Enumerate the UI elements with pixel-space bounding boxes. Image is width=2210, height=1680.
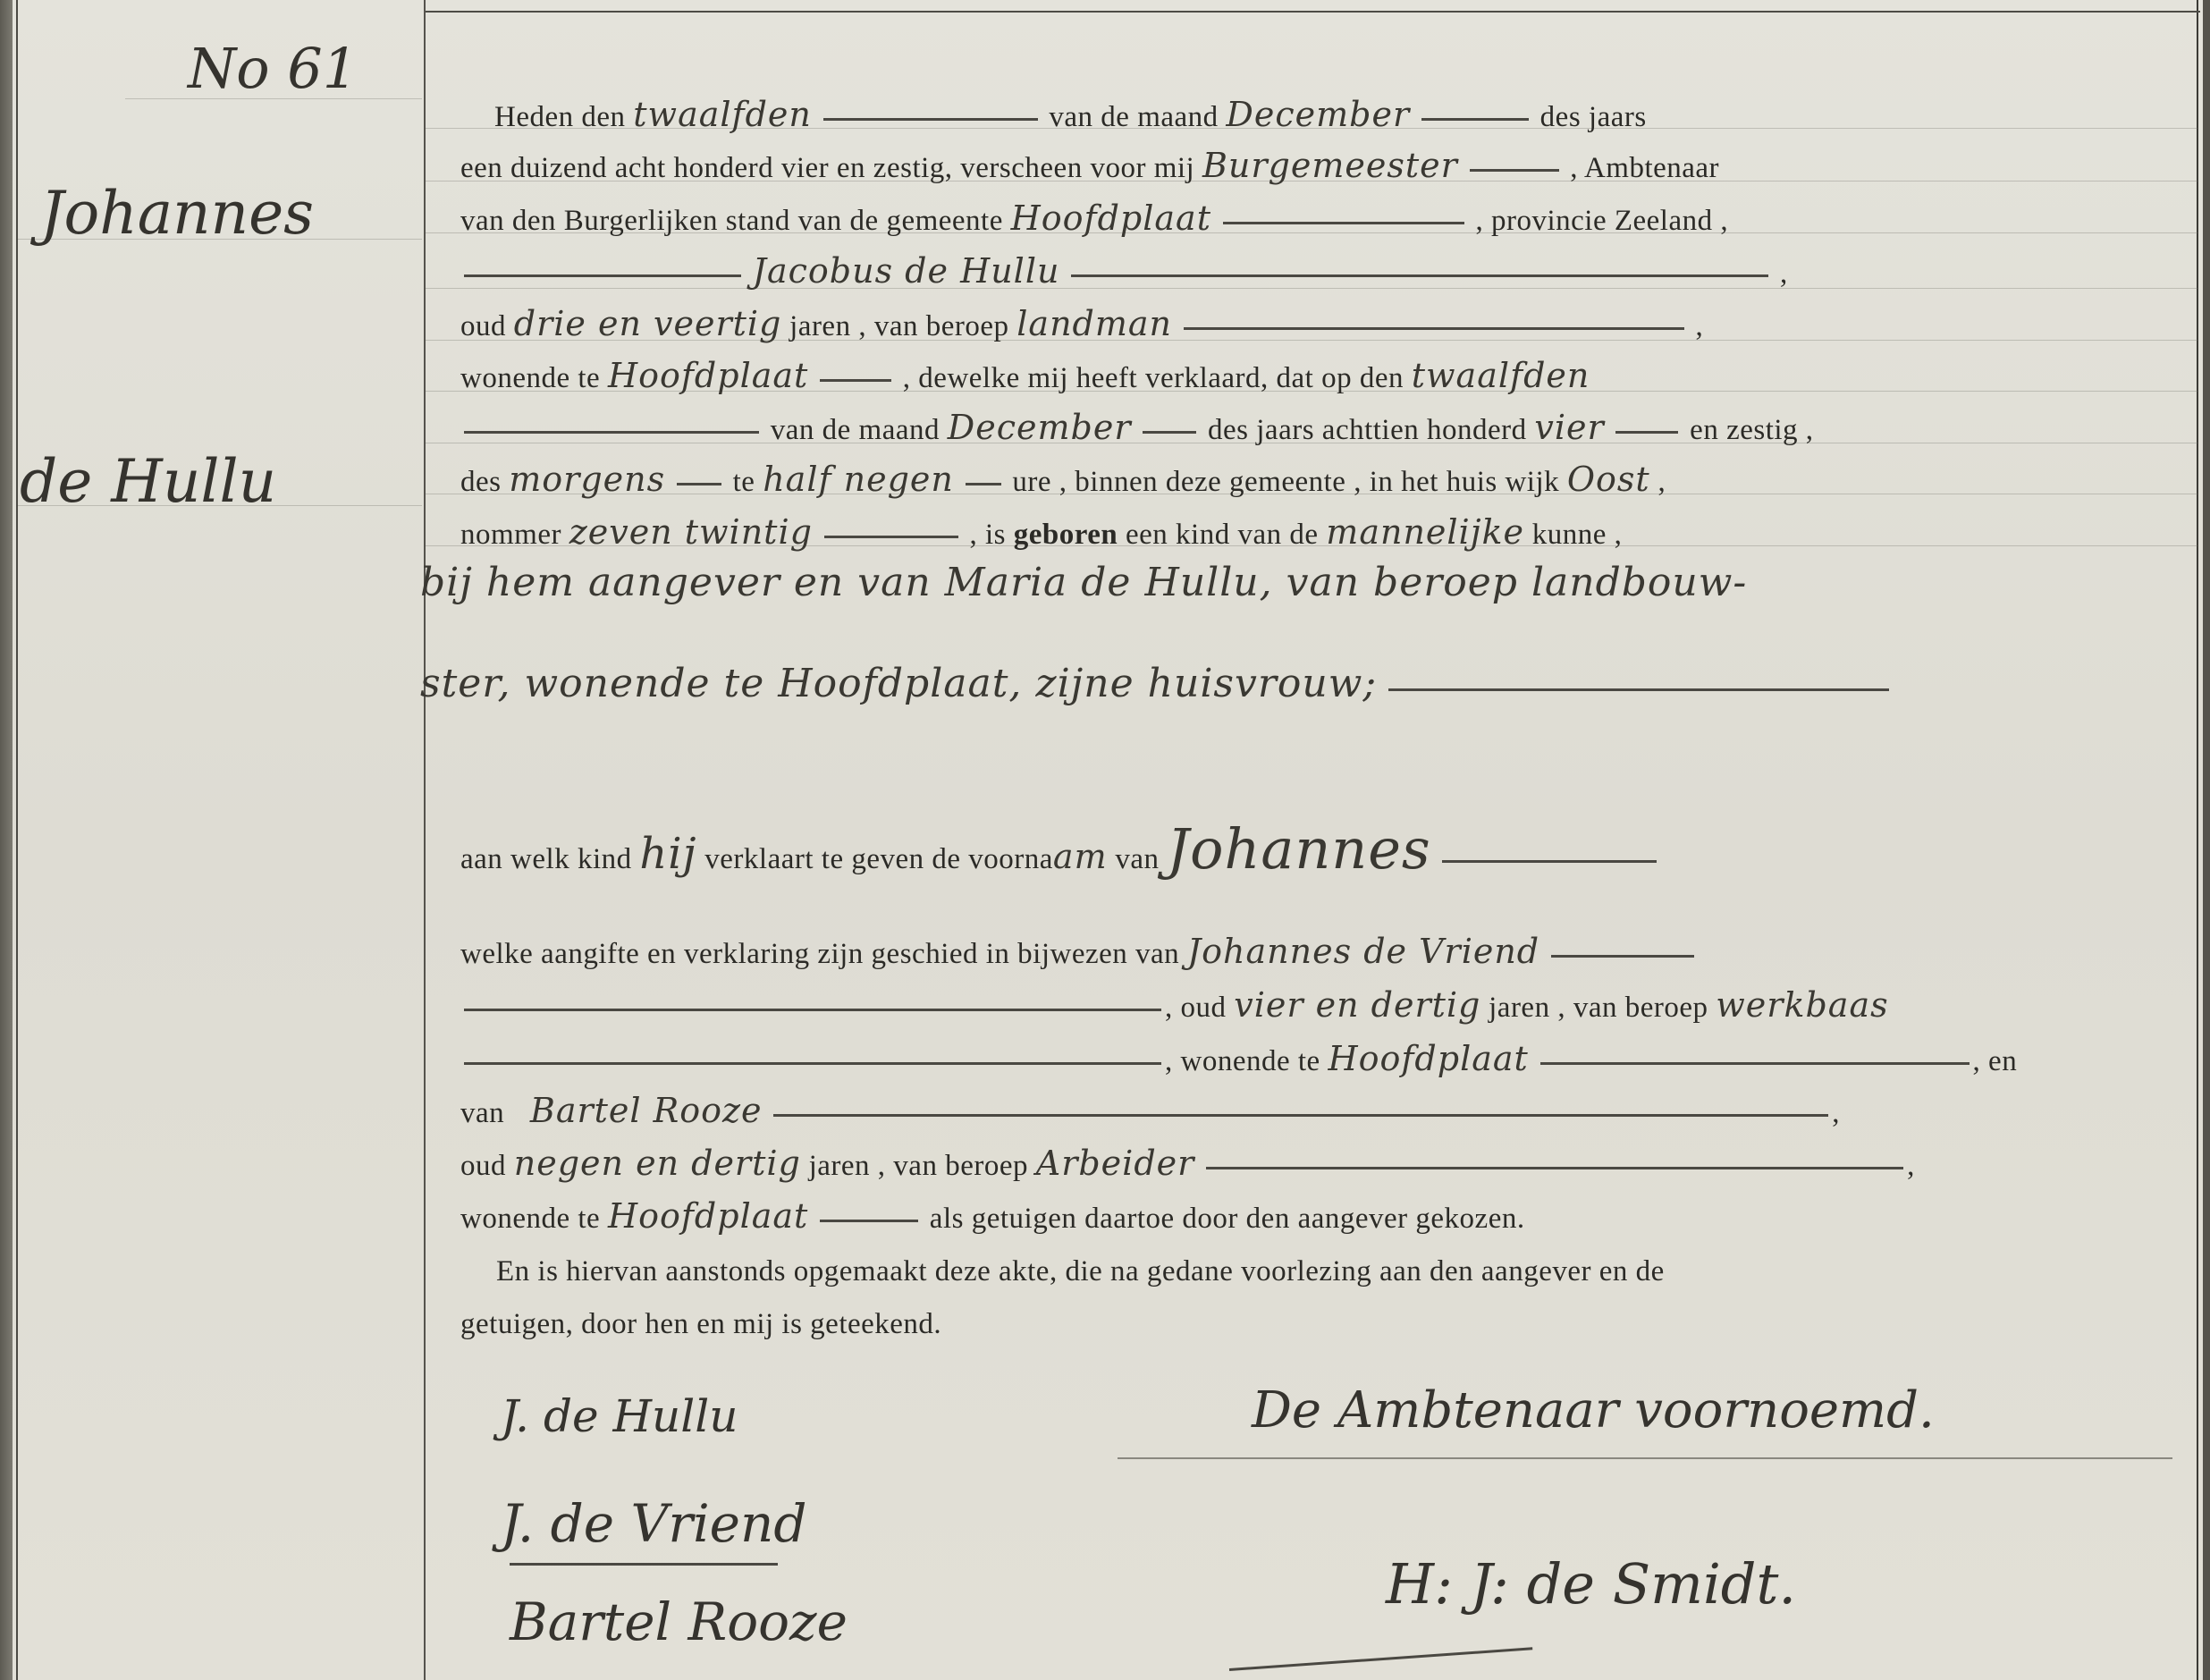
fill-line xyxy=(1540,1062,1970,1065)
margin-child-first-name: Johannes xyxy=(40,179,314,248)
handwritten-witness1-name: Johannes de Vriend xyxy=(1187,932,1539,971)
signature-father: J. de Hullu xyxy=(501,1390,738,1442)
margin-divider-rule xyxy=(424,0,426,1680)
fill-line xyxy=(1551,955,1694,958)
official-title-signature: De Ambtenaar voornoemd. xyxy=(1252,1381,1935,1439)
fill-line xyxy=(1184,327,1684,330)
signature-witness-1: J. de Vriend xyxy=(501,1493,806,1554)
handwritten-witness1-age: vier en dertig xyxy=(1234,985,1480,1025)
fill-line xyxy=(824,536,958,538)
body-line-2: een duizend acht honderd vier en zestig,… xyxy=(460,148,2183,186)
handwritten-witness2-name: Bartel Rooze xyxy=(530,1091,763,1130)
handwritten-witness2-occupation: Arbeider xyxy=(1036,1144,1195,1183)
signature-official: H: J: de Smidt. xyxy=(1386,1551,1796,1617)
fill-line xyxy=(1223,222,1464,224)
handwritten-witness1-occupation: werkbaas xyxy=(1716,985,1888,1025)
fill-line xyxy=(1143,431,1196,434)
left-border-rule xyxy=(16,0,18,1680)
fill-line xyxy=(1206,1167,1903,1169)
body-line-1: Heden den twaalfden van de maand Decembe… xyxy=(460,97,2183,135)
fill-line xyxy=(1071,274,1768,277)
fill-line xyxy=(1442,860,1657,863)
body-line-3: van den Burgerlijken stand van de gemeen… xyxy=(460,200,2183,239)
body-line-15: , wonende te Hoofdplaat , en xyxy=(460,1041,2183,1079)
handwritten-witness1-residence: Hoofdplaat xyxy=(1328,1039,1528,1078)
handwritten-mother-residence: ster, wonende te Hoofdplaat, zijne huisv… xyxy=(420,661,1377,706)
body-line-4: Jacobus de Hullu , xyxy=(460,253,2183,291)
handwritten-sex: mannelijke xyxy=(1326,512,1524,552)
body-line-12: aan welk kind hij verklaart te geven de … xyxy=(460,832,2183,877)
body-line-5: oud drie en veertig jaren , van beroep l… xyxy=(460,306,2183,344)
handwritten-witness2-residence: Hoofdplaat xyxy=(608,1196,808,1236)
page-binding-edge xyxy=(0,0,13,1680)
body-line-13: welke aangifte en verklaring zijn geschi… xyxy=(460,933,2183,972)
fill-line xyxy=(1615,431,1678,434)
signature-witness-2: Bartel Rooze xyxy=(510,1591,848,1652)
fill-line xyxy=(1470,169,1559,172)
body-line-14: , oud vier en dertig jaren , van beroep … xyxy=(460,987,2183,1026)
body-line-8: des morgens te half negen ure , binnen d… xyxy=(460,461,2183,500)
margin-child-surname: de Hullu xyxy=(20,447,276,516)
fill-line xyxy=(820,379,891,382)
fill-line xyxy=(1388,688,1889,691)
body-line-11: ster, wonende te Hoofdplaat, zijne huisv… xyxy=(420,666,2183,705)
fill-line xyxy=(823,118,1038,121)
handwritten-declarant: hij xyxy=(639,829,696,879)
handwritten-ward: Oost xyxy=(1567,460,1650,499)
handwritten-hour: half negen xyxy=(763,460,954,499)
body-line-18: wonende te Hoofdplaat als getuigen daart… xyxy=(460,1198,2183,1237)
handwritten-day: twaalfden xyxy=(633,95,812,134)
fill-line xyxy=(966,483,1001,485)
fill-line xyxy=(1421,118,1529,121)
fill-line xyxy=(677,483,721,485)
top-border-rule xyxy=(426,11,2200,13)
handwritten-father-occupation: landman xyxy=(1016,304,1172,343)
handwritten-mother-details: bij hem aangever en van Maria de Hullu, … xyxy=(420,560,1747,605)
fill-line xyxy=(464,1062,1161,1065)
handwritten-birth-year: vier xyxy=(1534,408,1604,447)
body-line-7: van de maand December des jaars achttien… xyxy=(460,409,2183,448)
fill-line xyxy=(464,1009,1161,1011)
signature-flourish xyxy=(510,1563,778,1566)
handwritten-month: December xyxy=(1226,95,1410,134)
fill-line xyxy=(464,431,759,434)
handwritten-official-title: Burgemeester xyxy=(1202,146,1458,185)
handwritten-witness2-age: negen en dertig xyxy=(514,1144,801,1183)
handwritten-birth-day: twaalfden xyxy=(1412,356,1590,395)
fill-line xyxy=(773,1114,1828,1117)
document-page: No 61 Johannes de Hullu Heden den twaalf… xyxy=(0,0,2210,1680)
handwritten-father-age: drie en veertig xyxy=(514,304,782,343)
body-line-19: En is hiervan aanstonds opgemaakt deze a… xyxy=(460,1254,2183,1289)
handwritten-residence: Hoofdplaat xyxy=(608,356,808,395)
signature-underline xyxy=(1229,1647,1532,1671)
handwritten-father-name: Jacobus de Hullu xyxy=(753,251,1060,291)
body-line-9: nommer zeven twintig , is geboren een ki… xyxy=(460,514,2183,553)
fill-line xyxy=(464,274,741,277)
handwritten-house-number: zeven twintig xyxy=(569,512,813,552)
right-border-rule xyxy=(2197,0,2198,1680)
handwritten-time-of-day: morgens xyxy=(509,460,665,499)
body-line-17: oud negen en dertig jaren , van beroep A… xyxy=(460,1145,2183,1184)
body-line-20: getuigen, door hen en mij is geteekend. xyxy=(460,1306,2183,1342)
fill-line xyxy=(820,1220,918,1222)
signature-guide-line xyxy=(1118,1457,2172,1459)
body-line-16: van Bartel Rooze , xyxy=(460,1093,2183,1131)
act-number: No 61 xyxy=(188,36,358,101)
body-line-6: wonende te Hoofdplaat , dewelke mij heef… xyxy=(460,358,2183,396)
handwritten-birth-month: December xyxy=(948,408,1132,447)
handwritten-municipality: Hoofdplaat xyxy=(1011,198,1211,238)
handwritten-given-name: Johannes xyxy=(1167,816,1430,882)
right-border-thick xyxy=(2203,0,2210,1680)
body-line-10: bij hem aangever en van Maria de Hullu, … xyxy=(420,565,2183,604)
